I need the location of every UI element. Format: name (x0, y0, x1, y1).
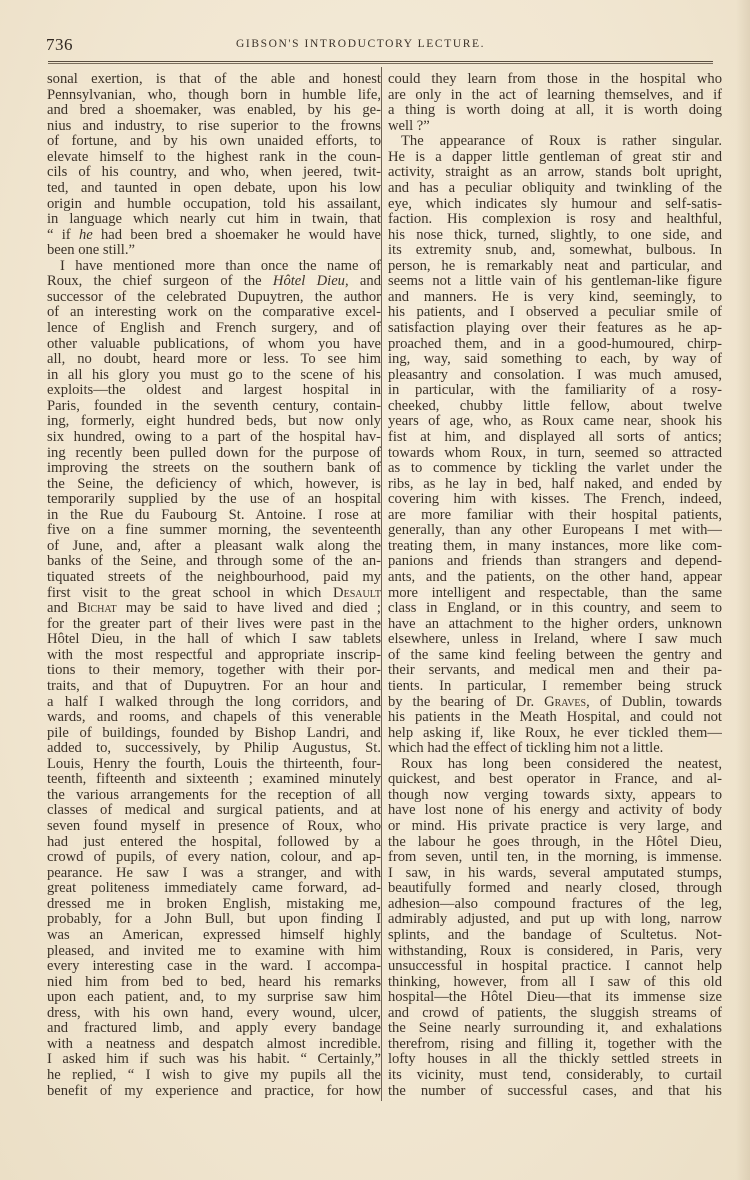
text-line: or mind. His private practice is very la… (388, 819, 722, 835)
text-line: beautifully formed and nearly closed, th… (388, 881, 722, 897)
italic-text: he (79, 228, 93, 243)
text-line: elevate himself to the highest rank in t… (47, 150, 381, 166)
text-line: have lost none of his energy and activit… (388, 803, 722, 819)
text-line: therefrom, rising and filling it, togeth… (388, 1037, 722, 1053)
text-line: treating them, in many instances, more l… (388, 539, 722, 555)
text-line: and fractured limb, and apply every band… (47, 1021, 381, 1037)
text-line: its vicinity, must tend, considerably, t… (388, 1068, 722, 1084)
text-line: thinking, however, from all I saw of thi… (388, 975, 722, 991)
text-line: successor of the celebrated Dupuytren, t… (47, 290, 381, 306)
text-line: fist at him, and displayed all sorts of … (388, 430, 722, 446)
text-line: in all his glory you must go to the scen… (47, 368, 381, 384)
text-line: banks of the Seine, and through some of … (47, 554, 381, 570)
text-line: ing, formerly, eight hundred beds, but n… (47, 414, 381, 430)
text-line: and manners. He is very kind, seemingly,… (388, 290, 722, 306)
text-line: He is a dapper little gentleman of great… (388, 150, 722, 166)
running-head: GIBSON'S INTRODUCTORY LECTURE. (236, 38, 485, 50)
text-line: which had the effect of tickling him not… (388, 741, 722, 757)
text-line: pleasantry and consolation. I was much a… (388, 368, 722, 384)
text-line: his nose thick, turned, slightly, to one… (388, 228, 722, 244)
text-line: crowd of pupils, of every nation, colour… (47, 850, 381, 866)
text-line: a half I walked through the long corrido… (47, 695, 381, 711)
text-line: probably, for a John Bull, but upon find… (47, 912, 381, 928)
text-line: cils of his country, and who, when jeere… (47, 165, 381, 181)
text-line: temporarily supplied by the use of an ho… (47, 492, 381, 508)
text-line: adhesion—also compound fractures of the … (388, 897, 722, 913)
text-line: are more familiar with their hospital pa… (388, 508, 722, 524)
text-line: his patients in the Meath Hospital, and … (388, 710, 722, 726)
text-line: Paris, founded in the seventh century, c… (47, 399, 381, 415)
text-line: ribs, as he lay in bed, half naked, and … (388, 477, 722, 493)
small-caps-name: Bichat (77, 601, 116, 616)
text-line: great politeness immediately came forwar… (47, 881, 381, 897)
text-line: the labour he goes through, in the Hôtel… (388, 835, 722, 851)
text-line: by the bearing of Dr. Graves, of Dublin,… (388, 695, 722, 711)
text-line: Roux has long been considered the neates… (388, 757, 722, 773)
text-line: five on a fine summer morning, the seven… (47, 523, 381, 539)
text-line: in particular, with the familiarity of a… (388, 383, 722, 399)
text-line: for the greater part of their lives were… (47, 617, 381, 633)
text-line: covering him with kisses. The French, in… (388, 492, 722, 508)
text-line: hospital—the Hôtel Dieu—that its immense… (388, 990, 722, 1006)
text-line: was an American, expressed himself highl… (47, 928, 381, 944)
text-line: The appearance of Roux is rather singula… (388, 134, 722, 150)
text-line: of June, and, after a pleasant walk alon… (47, 539, 381, 555)
text-line: and Bichat may be said to have lived and… (47, 601, 381, 617)
text-line: “ if he had been bred a shoemaker he wou… (47, 228, 381, 244)
text-line: its extremity snub, and, somewhat, bulbo… (388, 243, 722, 259)
text-line: from seven, until ten, in the morning, i… (388, 850, 722, 866)
text-line: though now verging towards sixty, appear… (388, 788, 722, 804)
text-line: the number of successful cases, and that… (388, 1084, 722, 1100)
text-line: more intelligent and respectable, than t… (388, 586, 722, 602)
text-line: lence of English and French surgery, and… (47, 321, 381, 337)
text-line: he replied, “ I wish to give my pupils a… (47, 1068, 381, 1084)
column-divider (381, 67, 382, 1101)
text-line: person, he is remarkably neat and partic… (388, 259, 722, 275)
text-line: years of age, who, as Roux came near, sh… (388, 414, 722, 430)
text-line: well ?” (388, 119, 722, 135)
small-caps-name: Graves (544, 695, 586, 710)
text-line: seven found myself in presence of Roux, … (47, 819, 381, 835)
text-line: ted, and taunted in open debate, upon hi… (47, 181, 381, 197)
text-line: pile of buildings, founded by Bishop Lan… (47, 726, 381, 742)
text-line: every interesting case in the ward. I ac… (47, 959, 381, 975)
text-line: with the most respectful and appropriate… (47, 648, 381, 664)
text-line: his patients, and I observed a peculiar … (388, 305, 722, 321)
text-line: faction. His complexion is rosy and heal… (388, 212, 722, 228)
text-line: in the Rue du Faubourg St. Antoine. I ro… (47, 508, 381, 524)
text-line: pleased, and invited me to examine with … (47, 944, 381, 960)
text-line: could they learn from those in the hospi… (388, 72, 722, 88)
header-rule (48, 61, 713, 64)
text-line: traits, and that of Dupuytren. For an ho… (47, 679, 381, 695)
text-line: lofty houses in all the thickly settled … (388, 1052, 722, 1068)
text-line: Hôtel Dieu, in the hall of which I saw t… (47, 632, 381, 648)
page-number: 736 (46, 35, 73, 55)
text-line: been one still.” (47, 243, 381, 259)
text-line: towards whom Roux, in turn, seemed so at… (388, 446, 722, 462)
text-line: seems not a little vain of his gentleman… (388, 274, 722, 290)
text-line: classes of medical and surgical patients… (47, 803, 381, 819)
italic-text: Hôtel Dieu (273, 274, 345, 289)
text-line: first visit to the great school in which… (47, 586, 381, 602)
text-line: admirably adjusted, and put up with long… (388, 912, 722, 928)
text-line: other valuable publications, of whom you… (47, 337, 381, 353)
text-line: tiquated streets of the neighbourhood, p… (47, 570, 381, 586)
text-line: have an attachment to the higher orders,… (388, 617, 722, 633)
text-line: tients. In particular, I remember being … (388, 679, 722, 695)
text-line: teenth, fifteenth and sixteenth ; examin… (47, 772, 381, 788)
text-line: of an interesting work on the comparativ… (47, 305, 381, 321)
text-line: help asking if, like Roux, he ever tickl… (388, 726, 722, 742)
text-line: Louis, Henry the fourth, Louis the thirt… (47, 757, 381, 773)
text-line: I asked him if such was his habit. “ Cer… (47, 1052, 381, 1068)
right-column: could they learn from those in the hospi… (388, 72, 722, 1099)
text-line: panions and friends than strangers and d… (388, 554, 722, 570)
text-line: and bred a shoemaker, was enabled, by hi… (47, 103, 381, 119)
text-line: satisfaction playing over their features… (388, 321, 722, 337)
text-line: the various arrangements for the recepti… (47, 788, 381, 804)
text-line: elsewhere, unless in Ireland, where I sa… (388, 632, 722, 648)
text-line: tions to their memory, together with the… (47, 663, 381, 679)
text-line: are only in the act of learning themselv… (388, 88, 722, 104)
text-line: ing, way, said something to each, by way… (388, 352, 722, 368)
text-line: exploits—the oldest and largest hospital… (47, 383, 381, 399)
small-caps-name: Desault (333, 586, 381, 601)
text-line: withstanding, Roux is considered, in Par… (388, 944, 722, 960)
text-line: improving the streets on the southern ba… (47, 461, 381, 477)
text-line: with a neatness and despatch almost incr… (47, 1037, 381, 1053)
text-line: sonal exertion, is that of the able and … (47, 72, 381, 88)
text-line: in language which nearly cut him in twai… (47, 212, 381, 228)
text-line: six hundred, owing to a part of the hosp… (47, 430, 381, 446)
text-line: wards, and rooms, and chapels of this ve… (47, 710, 381, 726)
page-edge-shadow (736, 0, 750, 1180)
left-column: sonal exertion, is that of the able and … (47, 72, 381, 1099)
page-header: 736 GIBSON'S INTRODUCTORY LECTURE. (46, 35, 716, 59)
text-line: the Seine, the deficiency of which, howe… (47, 477, 381, 493)
text-line: had just entered the hospital, followed … (47, 835, 381, 851)
text-line: nied him from bed to bed, heard his rema… (47, 975, 381, 991)
text-line: ing recently been pulled down for the pu… (47, 446, 381, 462)
text-line: of fortune, and by his own unaided effor… (47, 134, 381, 150)
text-line: cheeked, chubby little fellow, about twe… (388, 399, 722, 415)
text-line: dressed me in broken English, mistaking … (47, 897, 381, 913)
text-line: ants, and the patients, on the other han… (388, 570, 722, 586)
text-line: as to commence by tickling the varlet un… (388, 461, 722, 477)
text-line: quickest, and best operator in France, a… (388, 772, 722, 788)
text-line: class in England, or in this country, an… (388, 601, 722, 617)
text-line: I have mentioned more than once the name… (47, 259, 381, 275)
text-line: eye, which indicates sly humour and self… (388, 197, 722, 213)
text-line: activity, straight as an arrow, stands b… (388, 165, 722, 181)
text-line: proached them, and in a good-humoured, c… (388, 337, 722, 353)
text-line: origin and humble occupation, told his a… (47, 197, 381, 213)
text-line: I saw, in his wards, several amputated s… (388, 866, 722, 882)
text-line: benefit of my experience and practice, f… (47, 1084, 381, 1100)
text-line: all, no doubt, heard more or less. To se… (47, 352, 381, 368)
text-line: the Seine nearly surrounding it, and exh… (388, 1021, 722, 1037)
text-line: their servants, and medical men and thei… (388, 663, 722, 679)
text-line: of the same kind feeling between the gen… (388, 648, 722, 664)
text-line: and crowd of patients, the sluggish stre… (388, 1006, 722, 1022)
text-line: Roux, the chief surgeon of the Hôtel Die… (47, 274, 381, 290)
text-line: and has a peculiar obliquity and twinkli… (388, 181, 722, 197)
text-line: upon each patient, and, to my surprise s… (47, 990, 381, 1006)
text-line: generally, than any other Europeans I me… (388, 523, 722, 539)
text-line: unsuccessful in hospital practice. I can… (388, 959, 722, 975)
text-line: nius and industry, to rise superior to t… (47, 119, 381, 135)
text-line: splints, and the bandage of Scultetus. N… (388, 928, 722, 944)
text-line: a thing is worth doing at all, it is wor… (388, 103, 722, 119)
text-line: pearance. He saw I was a stranger, and w… (47, 866, 381, 882)
text-line: Pennsylvanian, who, though born in humbl… (47, 88, 381, 104)
text-line: added to, successively, by Philip August… (47, 741, 381, 757)
text-line: dress, with his own hand, every wound, u… (47, 1006, 381, 1022)
